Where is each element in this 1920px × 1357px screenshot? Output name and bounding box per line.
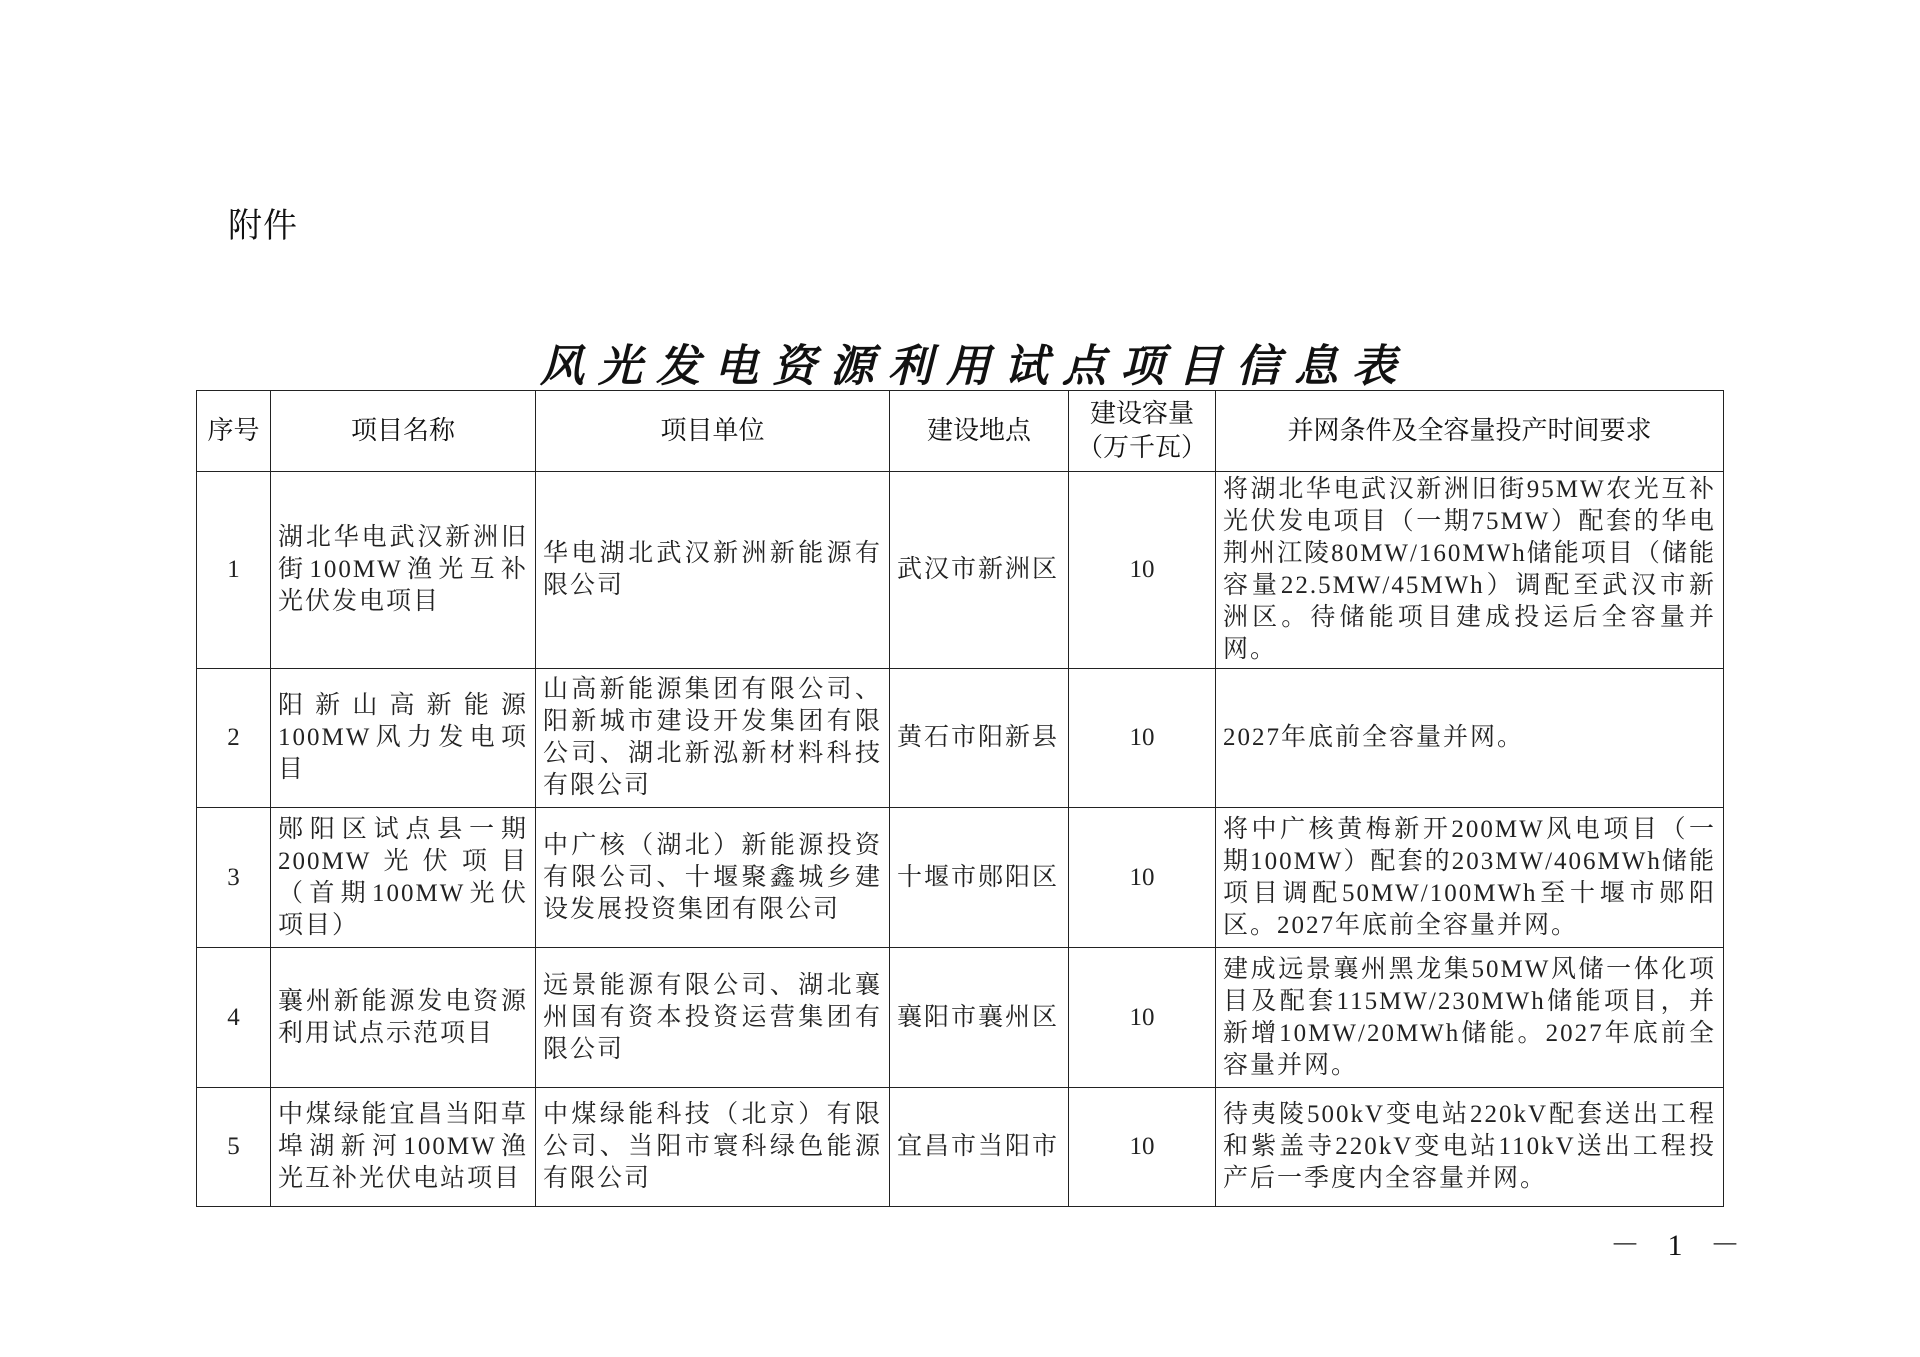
table-header-row: 序号 项目名称 项目单位 建设地点 建设容量 （万千瓦） 并网条件及全容量投产时… xyxy=(197,391,1724,472)
header-project-name: 项目名称 xyxy=(271,391,536,472)
header-requirements: 并网条件及全容量投产时间要求 xyxy=(1216,391,1724,472)
table-row: 3 郧阳区试点县一期200MW光伏项目（首期100MW光伏项目） 中广核（湖北）… xyxy=(197,808,1724,948)
cell-project-name: 中煤绿能宜昌当阳草埠湖新河100MW渔光互补光伏电站项目 xyxy=(271,1088,536,1207)
document-title: 风光发电资源利用试点项目信息表 xyxy=(0,330,1920,394)
cell-location: 武汉市新洲区 xyxy=(890,472,1069,669)
cell-capacity: 10 xyxy=(1069,669,1216,808)
cell-project-unit: 中广核（湖北）新能源投资有限公司、十堰聚鑫城乡建设发展投资集团有限公司 xyxy=(536,808,890,948)
header-project-unit: 项目单位 xyxy=(536,391,890,472)
header-capacity-line1: 建设容量 xyxy=(1076,397,1208,431)
cell-capacity: 10 xyxy=(1069,948,1216,1088)
cell-project-name: 襄州新能源发电资源利用试点示范项目 xyxy=(271,948,536,1088)
page-number: － 1 － xyxy=(1610,1220,1750,1264)
cell-requirements: 将中广核黄梅新开200MW风电项目（一期100MW）配套的203MW/406MW… xyxy=(1216,808,1724,948)
header-location: 建设地点 xyxy=(890,391,1069,472)
header-index: 序号 xyxy=(197,391,271,472)
cell-requirements: 将湖北华电武汉新洲旧街95MW农光互补光伏发电项目（一期75MW）配套的华电荆州… xyxy=(1216,472,1724,669)
cell-project-unit: 山高新能源集团有限公司、阳新城市建设开发集团有限公司、湖北新泓新材料科技有限公司 xyxy=(536,669,890,808)
project-info-table: 序号 项目名称 项目单位 建设地点 建设容量 （万千瓦） 并网条件及全容量投产时… xyxy=(196,390,1724,1207)
cell-location: 十堰市郧阳区 xyxy=(890,808,1069,948)
table-row: 4 襄州新能源发电资源利用试点示范项目 远景能源有限公司、湖北襄州国有资本投资运… xyxy=(197,948,1724,1088)
cell-index: 3 xyxy=(197,808,271,948)
cell-location: 黄石市阳新县 xyxy=(890,669,1069,808)
cell-index: 5 xyxy=(197,1088,271,1207)
cell-project-name: 湖北华电武汉新洲旧街100MW渔光互补光伏发电项目 xyxy=(271,472,536,669)
cell-project-unit: 华电湖北武汉新洲新能源有限公司 xyxy=(536,472,890,669)
attachment-label: 附件 xyxy=(228,198,298,247)
cell-index: 1 xyxy=(197,472,271,669)
cell-index: 4 xyxy=(197,948,271,1088)
cell-requirements: 2027年底前全容量并网。 xyxy=(1216,669,1724,808)
table-row: 1 湖北华电武汉新洲旧街100MW渔光互补光伏发电项目 华电湖北武汉新洲新能源有… xyxy=(197,472,1724,669)
cell-project-unit: 远景能源有限公司、湖北襄州国有资本投资运营集团有限公司 xyxy=(536,948,890,1088)
cell-capacity: 10 xyxy=(1069,1088,1216,1207)
header-capacity-line2: （万千瓦） xyxy=(1076,431,1208,465)
table-row: 5 中煤绿能宜昌当阳草埠湖新河100MW渔光互补光伏电站项目 中煤绿能科技（北京… xyxy=(197,1088,1724,1207)
cell-project-name: 郧阳区试点县一期200MW光伏项目（首期100MW光伏项目） xyxy=(271,808,536,948)
table-row: 2 阳新山高新能源100MW风力发电项目 山高新能源集团有限公司、阳新城市建设开… xyxy=(197,669,1724,808)
cell-capacity: 10 xyxy=(1069,472,1216,669)
cell-location: 襄阳市襄州区 xyxy=(890,948,1069,1088)
cell-index: 2 xyxy=(197,669,271,808)
cell-project-unit: 中煤绿能科技（北京）有限公司、当阳市寰科绿色能源有限公司 xyxy=(536,1088,890,1207)
cell-project-name: 阳新山高新能源100MW风力发电项目 xyxy=(271,669,536,808)
cell-capacity: 10 xyxy=(1069,808,1216,948)
cell-location: 宜昌市当阳市 xyxy=(890,1088,1069,1207)
header-capacity: 建设容量 （万千瓦） xyxy=(1069,391,1216,472)
cell-requirements: 待夷陵500kV变电站220kV配套送出工程和紫盖寺220kV变电站110kV送… xyxy=(1216,1088,1724,1207)
cell-requirements: 建成远景襄州黑龙集50MW风储一体化项目及配套115MW/230MWh储能项目，… xyxy=(1216,948,1724,1088)
